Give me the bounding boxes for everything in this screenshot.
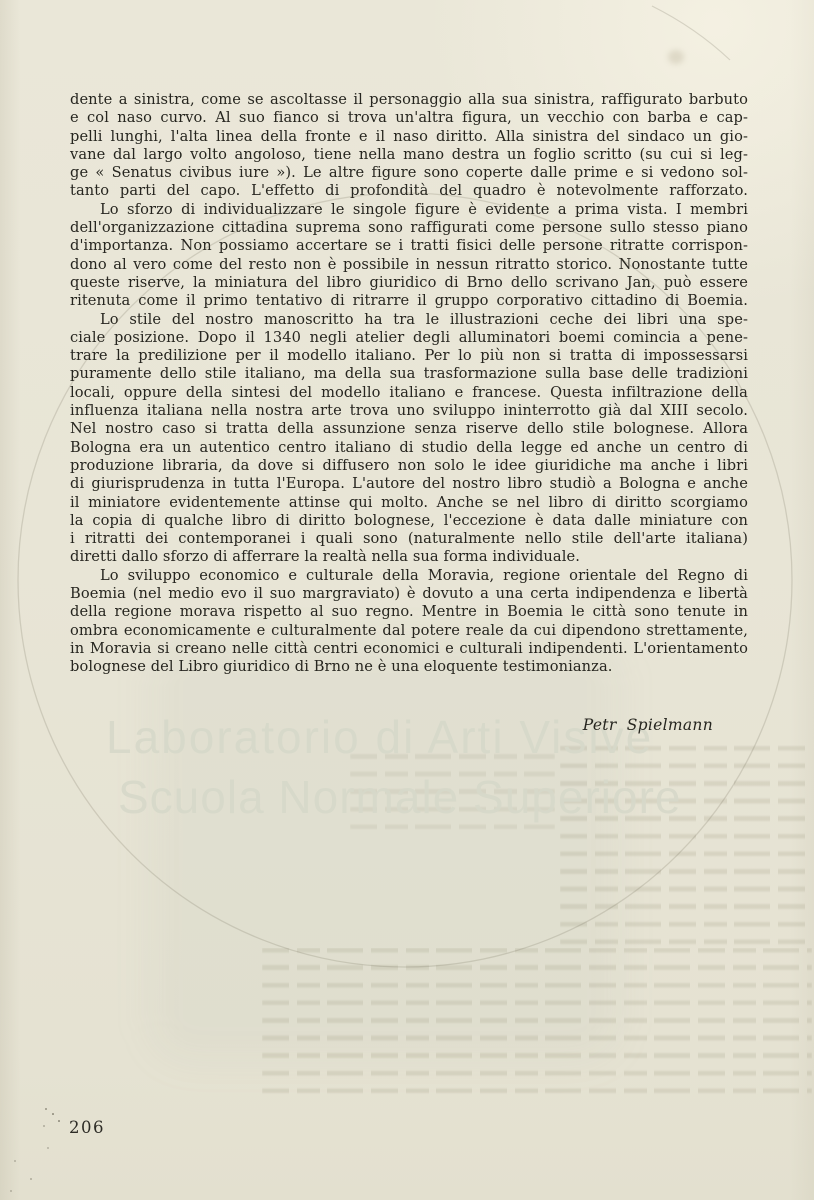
author-signature: Petr Spielmann <box>583 716 713 734</box>
stamp-circle-watermark <box>0 0 814 1200</box>
watermark-line-1: Laboratorio di Arti Visive <box>106 710 653 764</box>
watermark-line-2: Scuola Normale Superiore <box>118 770 682 824</box>
